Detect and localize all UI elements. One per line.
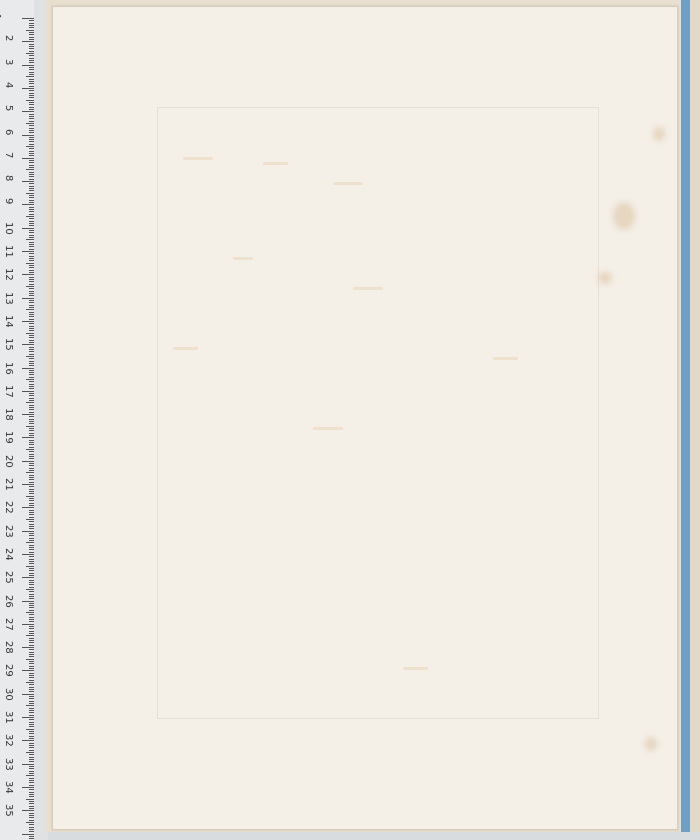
ruler-tick xyxy=(22,298,34,299)
ruler-number: 27 xyxy=(3,618,14,638)
ruler-tick xyxy=(26,76,34,77)
ruler-tick xyxy=(22,740,34,741)
ruler-tick xyxy=(26,426,34,427)
ruler-tick xyxy=(26,566,34,567)
foxing-stain xyxy=(645,737,657,751)
ruler-number: 13 xyxy=(3,292,14,312)
measuring-ruler: 1cm 234567891011121314151617181920212223… xyxy=(0,0,35,840)
ruler-tick xyxy=(26,496,34,497)
ruler-number: 14 xyxy=(3,315,14,335)
ruler-number: 35 xyxy=(3,804,14,824)
ruler-tick xyxy=(22,461,34,462)
ruler-tick xyxy=(26,53,34,54)
ruler-number: 2 xyxy=(3,35,14,55)
ruler-tick xyxy=(22,111,34,112)
ruler-number: 24 xyxy=(3,548,14,568)
ruler-number: 30 xyxy=(3,688,14,708)
ruler-tick xyxy=(26,659,34,660)
ruler-tick xyxy=(22,414,34,415)
ruler-tick xyxy=(26,705,34,706)
ruler-tick xyxy=(26,799,34,800)
ruler-tick xyxy=(26,309,34,310)
ruler-tick xyxy=(26,542,34,543)
ruler-tick xyxy=(22,18,34,19)
ruler-tick xyxy=(22,554,34,555)
ruler-tick xyxy=(22,787,34,788)
ruler-tick xyxy=(22,228,34,229)
ruler-number: 17 xyxy=(3,385,14,405)
ruler-tick xyxy=(26,356,34,357)
ruler-number: 12 xyxy=(3,268,14,288)
ruler-number: 31 xyxy=(3,711,14,731)
ruler-tick xyxy=(26,472,34,473)
foxing-stain xyxy=(613,202,635,230)
ruler-tick xyxy=(26,449,34,450)
show-through-mark xyxy=(353,287,383,290)
ruler-tick xyxy=(22,437,34,438)
ruler-number: 5 xyxy=(3,105,14,125)
ruler-unit-label: 1cm xyxy=(0,14,2,34)
ruler-number: 9 xyxy=(3,198,14,218)
ruler-tick xyxy=(22,65,34,66)
ruler-tick xyxy=(26,402,34,403)
ruler-number: 4 xyxy=(3,82,14,102)
ruler-tick xyxy=(26,30,34,31)
ruler-tick xyxy=(22,601,34,602)
ruler-tick xyxy=(26,682,34,683)
ruler-tick xyxy=(26,286,34,287)
ruler-tick xyxy=(22,181,34,182)
ruler-tick xyxy=(26,752,34,753)
ruler-number: 3 xyxy=(3,59,14,79)
ruler-tick xyxy=(22,717,34,718)
ruler-tick xyxy=(26,822,34,823)
ruler-tick xyxy=(26,775,34,776)
ruler-number: 21 xyxy=(3,478,14,498)
ruler-number: 18 xyxy=(3,408,14,428)
ruler-tick xyxy=(26,333,34,334)
ruler-tick xyxy=(26,193,34,194)
ruler-tick xyxy=(26,263,34,264)
ruler-number: 6 xyxy=(3,129,14,149)
ruler-tick xyxy=(26,589,34,590)
plate-mark xyxy=(157,107,599,719)
ruler-tick xyxy=(26,216,34,217)
ruler-number: 33 xyxy=(3,758,14,778)
ruler-number: 25 xyxy=(3,571,14,591)
show-through-mark xyxy=(183,157,213,160)
ruler-tick xyxy=(26,123,34,124)
ruler-tick xyxy=(22,694,34,695)
ruler-tick xyxy=(22,484,34,485)
ruler-tick xyxy=(22,624,34,625)
right-page-edge xyxy=(690,0,700,832)
ruler-tick xyxy=(26,100,34,101)
show-through-mark xyxy=(333,182,363,185)
ruler-tick xyxy=(22,204,34,205)
ruler-tick xyxy=(22,834,34,835)
ruler-number: 28 xyxy=(3,641,14,661)
ruler-number: 15 xyxy=(3,338,14,358)
ruler-tick xyxy=(26,519,34,520)
ruler-tick xyxy=(26,239,34,240)
show-through-mark xyxy=(233,257,253,260)
ruler-tick xyxy=(26,379,34,380)
ruler-number: 8 xyxy=(3,175,14,195)
ruler-number: 19 xyxy=(3,431,14,451)
show-through-mark xyxy=(173,347,198,350)
ruler-tick xyxy=(26,146,34,147)
ruler-tick xyxy=(22,810,34,811)
ruler-tick xyxy=(22,251,34,252)
ruler-number: 11 xyxy=(3,245,14,265)
ruler-tick xyxy=(22,507,34,508)
ruler-number: 32 xyxy=(3,734,14,754)
ruler-number: 23 xyxy=(3,525,14,545)
ruler-number: 10 xyxy=(3,222,14,242)
ruler-number: 26 xyxy=(3,595,14,615)
ruler-tick xyxy=(22,391,34,392)
ruler-tick xyxy=(22,41,34,42)
ruler-tick xyxy=(22,344,34,345)
ruler-tick xyxy=(26,612,34,613)
ruler-tick xyxy=(22,158,34,159)
ruler-tick xyxy=(22,577,34,578)
foxing-stain xyxy=(653,127,665,141)
ruler-number: 7 xyxy=(3,152,14,172)
show-through-mark xyxy=(263,162,288,165)
ruler-tick xyxy=(22,321,34,322)
ruler-tick xyxy=(26,169,34,170)
ruler-number: 16 xyxy=(3,362,14,382)
ruler-tick xyxy=(22,764,34,765)
show-through-mark xyxy=(313,427,343,430)
ruler-number: 34 xyxy=(3,781,14,801)
blank-page xyxy=(52,6,678,830)
ruler-tick xyxy=(22,274,34,275)
ruler-number: 22 xyxy=(3,501,14,521)
ruler-number: 29 xyxy=(3,664,14,684)
ruler-tick xyxy=(22,88,34,89)
ruler-tick xyxy=(22,531,34,532)
ruler-tick xyxy=(22,368,34,369)
ruler-tick xyxy=(22,647,34,648)
ruler-tick xyxy=(26,635,34,636)
foxing-stain xyxy=(598,272,612,284)
show-through-mark xyxy=(403,667,428,670)
ruler-tick xyxy=(26,729,34,730)
ruler-tick xyxy=(22,135,34,136)
show-through-mark xyxy=(493,357,518,360)
ruler-tick xyxy=(22,670,34,671)
ruler-number: 20 xyxy=(3,455,14,475)
